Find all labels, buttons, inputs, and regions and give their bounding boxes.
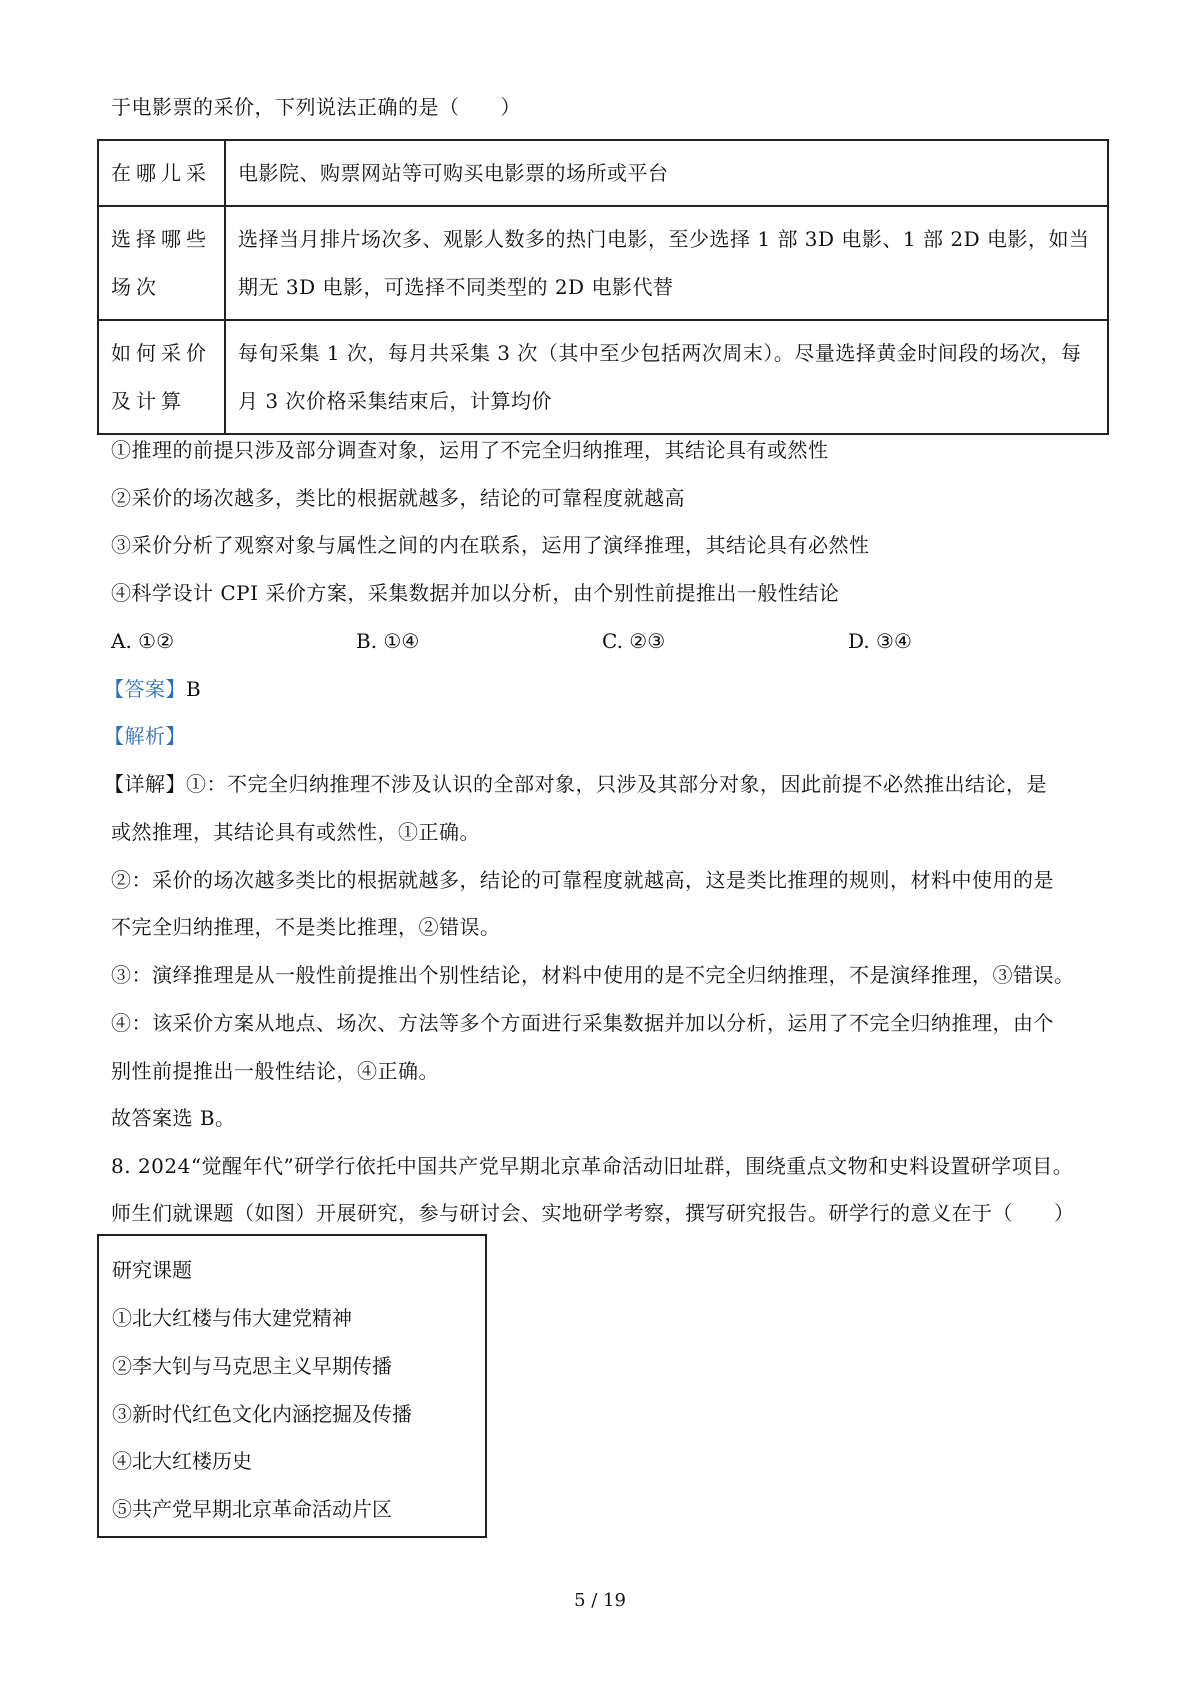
table-row: 选择哪些场次 选择当月排片场次多、观影人数多的热门电影，至少选择 1 部 3D … <box>98 206 1108 320</box>
topic-item: ③新时代红色文化内涵挖掘及传播 <box>112 1400 412 1428</box>
statement-1: ①推理的前提只涉及部分调查对象，运用了不完全归纳推理，其结论具有或然性 <box>111 436 829 464</box>
table-row: 在哪儿采 电影院、购票网站等可购买电影票的场所或平台 <box>98 140 1108 206</box>
detail-tag: 【详解】 <box>104 772 186 796</box>
table-cell-value: 选择当月排片场次多、观影人数多的热门电影，至少选择 1 部 3D 电影、1 部 … <box>225 206 1108 320</box>
topics-title: 研究课题 <box>112 1256 192 1284</box>
table-cell-value: 电影院、购票网站等可购买电影票的场所或平台 <box>225 140 1108 206</box>
option-b: B. ①④ <box>356 627 419 655</box>
explanation-line-2: 或然推理，其结论具有或然性，①正确。 <box>111 818 480 846</box>
table-cell-line: 月 3 次价格采集结束后，计算均价 <box>238 377 1095 425</box>
table-row: 如何采价及计算 每旬采集 1 次，每月共采集 3 次（其中至少包括两次周末）。尽… <box>98 320 1108 434</box>
explanation-conclusion: 故答案选 B。 <box>111 1104 236 1132</box>
option-c: C. ②③ <box>602 627 665 655</box>
statement-4: ④科学设计 CPI 采价方案，采集数据并加以分析，由个别性前提推出一般性结论 <box>111 579 839 607</box>
table-cell-line: 每旬采集 1 次，每月共采集 3 次（其中至少包括两次周末）。尽量选择黄金时间段… <box>238 329 1095 377</box>
table-cell-label: 如何采价及计算 <box>98 320 225 434</box>
explanation-line-1: 【详解】①：不完全归纳推理不涉及认识的全部对象，只涉及其部分对象，因此前提不必然… <box>104 770 1047 798</box>
table-cell-line: 期无 3D 电影，可选择不同类型的 2D 电影代替 <box>238 263 1095 311</box>
document-page: 于电影票的采价，下列说法正确的是（ ） 在哪儿采 电影院、购票网站等可购买电影票… <box>0 0 1200 1697</box>
table-cell-line: 电影院、购票网站等可购买电影票的场所或平台 <box>238 149 1095 197</box>
topic-item: ①北大红楼与伟大建党精神 <box>112 1304 352 1332</box>
cpi-price-collection-table: 在哪儿采 电影院、购票网站等可购买电影票的场所或平台 选择哪些场次 选择当月排片… <box>97 139 1109 435</box>
page-number: 5 / 19 <box>0 1590 1200 1611</box>
topic-item: ⑤共产党早期北京革命活动片区 <box>112 1495 392 1523</box>
question-7-stem-tail: 于电影票的采价，下列说法正确的是（ ） <box>111 93 521 121</box>
table-cell-label: 在哪儿采 <box>98 140 225 206</box>
table-cell-value: 每旬采集 1 次，每月共采集 3 次（其中至少包括两次周末）。尽量选择黄金时间段… <box>225 320 1108 434</box>
analysis-tag: 【解析】 <box>104 722 186 750</box>
table-cell-label: 选择哪些场次 <box>98 206 225 320</box>
topic-item: ④北大红楼历史 <box>112 1447 252 1475</box>
option-a: A. ①② <box>111 627 174 655</box>
explanation-line-7: 别性前提推出一般性结论，④正确。 <box>111 1057 439 1085</box>
explanation-line-3: ②：采价的场次越多类比的根据就越多，结论的可靠程度就越高，这是类比推理的规则，材… <box>111 866 1054 894</box>
table-cell-line: 选择当月排片场次多、观影人数多的热门电影，至少选择 1 部 3D 电影、1 部 … <box>238 215 1095 263</box>
explanation-line-5: ③：演绎推理是从一般性前提推出个别性结论，材料中使用的是不完全归纳推理，不是演绎… <box>111 961 1075 989</box>
statement-3: ③采价分析了观察对象与属性之间的内在联系，运用了演绎推理，其结论具有必然性 <box>111 531 870 559</box>
answer-tag: 【答案】 <box>104 677 186 701</box>
explanation-text: ①：不完全归纳推理不涉及认识的全部对象，只涉及其部分对象，因此前提不必然推出结论… <box>186 772 1047 796</box>
answer-value: B <box>186 677 201 701</box>
question-8-stem-line-2: 师生们就课题（如图）开展研究，参与研讨会、实地研学考察，撰写研究报告。研学行的意… <box>111 1199 1075 1227</box>
explanation-line-4: 不完全归纳推理，不是类比推理，②错误。 <box>111 913 501 941</box>
topic-item: ②李大钊与马克思主义早期传播 <box>112 1352 392 1380</box>
question-8-stem-line-1: 8. 2024“觉醒年代”研学行依托中国共产党早期北京革命活动旧址群，围绕重点文… <box>111 1152 1073 1180</box>
research-topics-box: 研究课题 ①北大红楼与伟大建党精神 ②李大钊与马克思主义早期传播 ③新时代红色文… <box>97 1234 487 1538</box>
explanation-line-6: ④：该采价方案从地点、场次、方法等多个方面进行采集数据并加以分析，运用了不完全归… <box>111 1009 1054 1037</box>
statement-2: ②采价的场次越多，类比的根据就越多，结论的可靠程度就越高 <box>111 484 685 512</box>
answer-line: 【答案】B <box>104 675 201 703</box>
option-d: D. ③④ <box>848 627 912 655</box>
